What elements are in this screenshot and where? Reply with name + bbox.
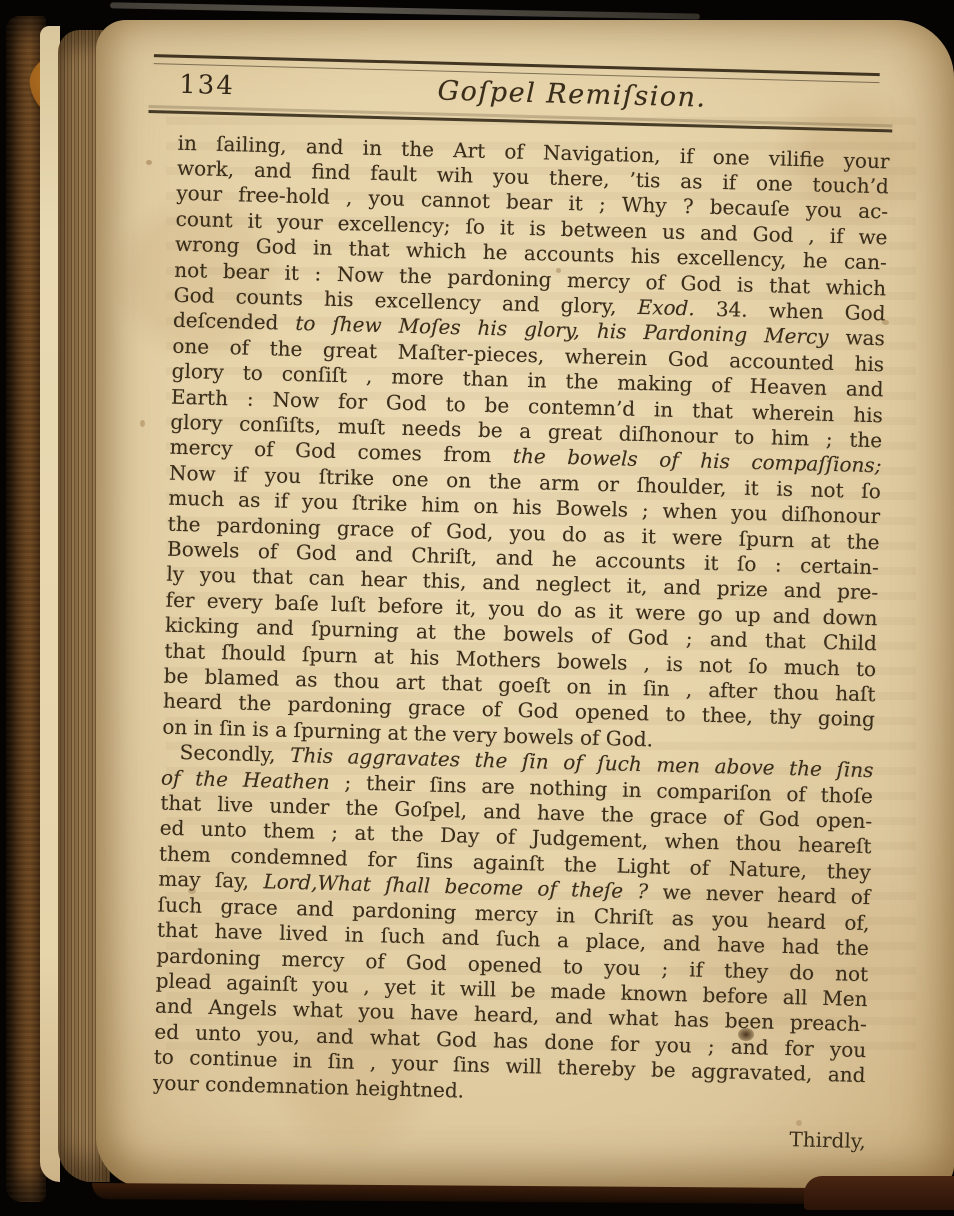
text-segment: Secondly, (179, 740, 290, 767)
text-segment: deſcended (173, 308, 296, 335)
running-title: Goſpel Remiſsion. (437, 76, 707, 114)
text-segment: may ſay, (158, 867, 264, 894)
binding-top-edge (110, 2, 700, 19)
page-number: 134 (179, 70, 235, 101)
bottom-right-board (804, 1176, 954, 1210)
italic-text-segment: Exod. (637, 295, 695, 320)
inner-page-edge (40, 26, 60, 1182)
text-segment: was (828, 325, 885, 350)
catchword: Thirdly, (122, 1110, 868, 1154)
ink-blot (738, 1028, 754, 1041)
book-photo: 134 Goſpel Remiſsion. in ſailing, and in… (0, 0, 954, 1216)
printed-area: 134 Goſpel Remiſsion. in ſailing, and in… (122, 54, 896, 1153)
italic-text-segment: of the Heathen (161, 765, 330, 793)
book-page: 134 Goſpel Remiſsion. in ſailing, and in… (96, 20, 954, 1188)
text-segment: 34. when God (694, 296, 885, 325)
text-block: in ſailing, and in the Art of Navigation… (153, 130, 890, 1114)
